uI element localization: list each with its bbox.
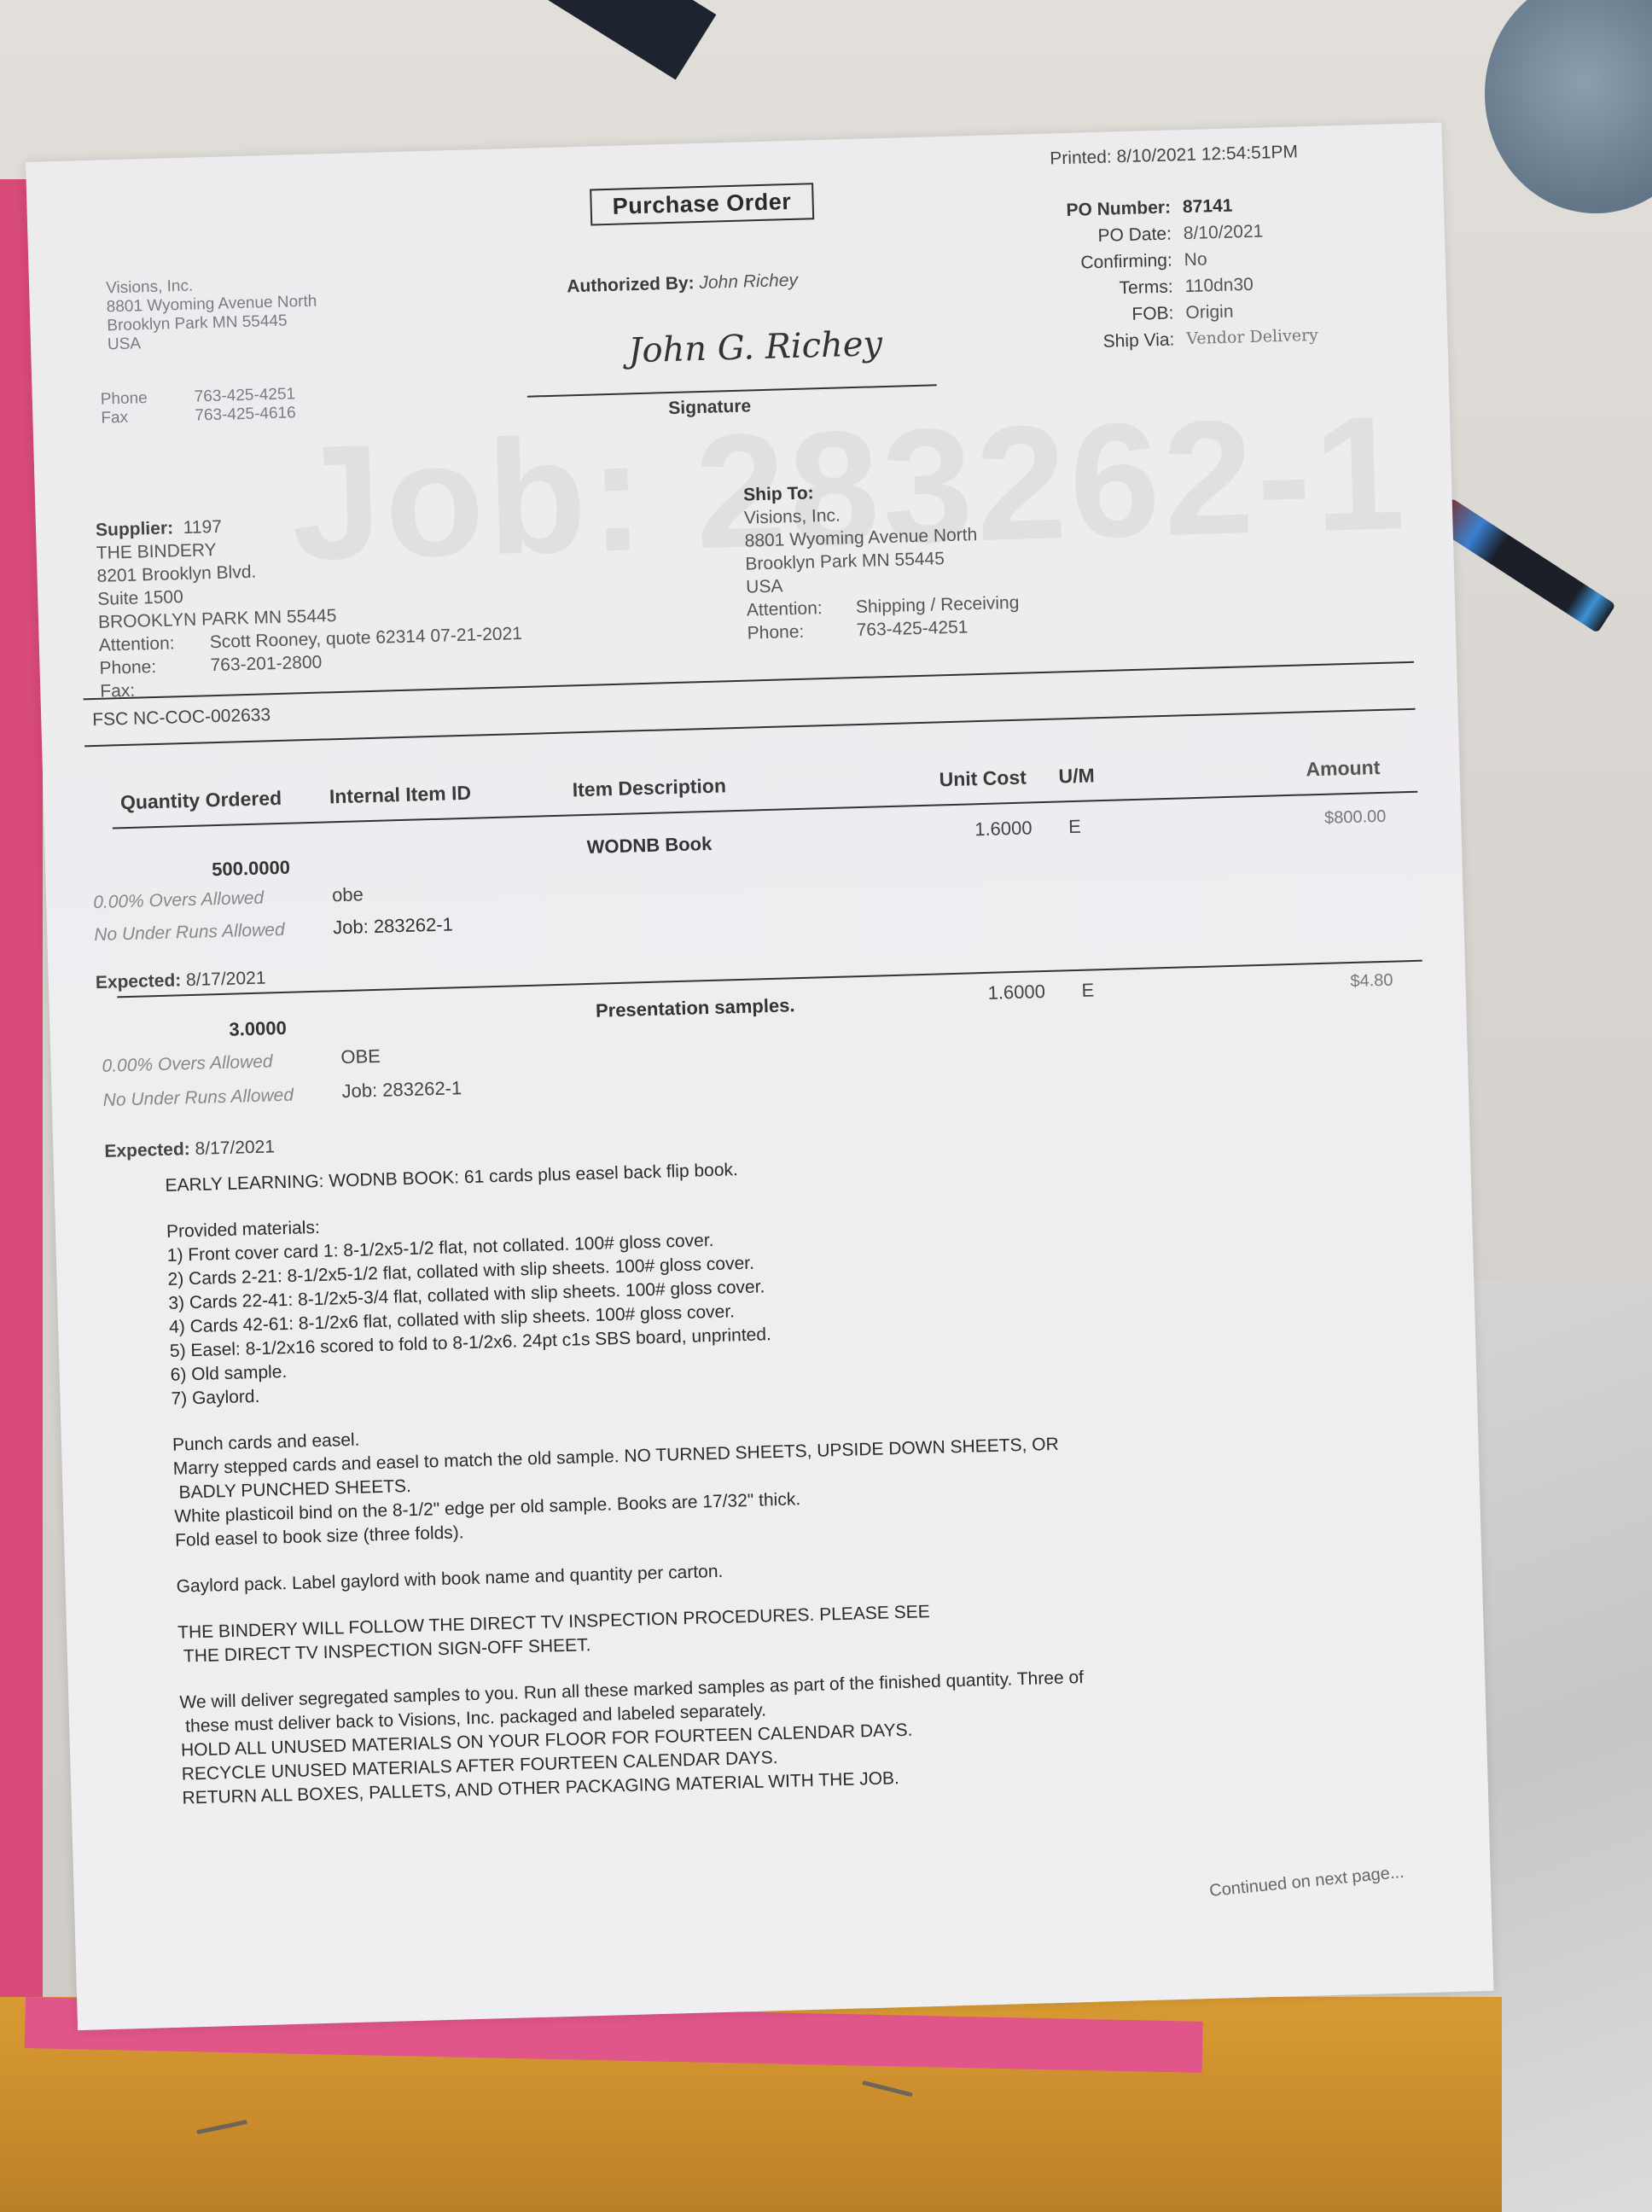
printed-timestamp: Printed: 8/10/2021 12:54:51PM <box>1050 142 1298 169</box>
ship-to-attention-label: Attention: <box>747 596 857 622</box>
internal-item-id: OBE <box>340 1045 381 1068</box>
column-header-amount: Amount <box>1306 756 1381 781</box>
purchase-order-page: Job: 283262-1 Visions, Inc. 8801 Wyoming… <box>26 123 1494 2030</box>
ship-to-attention: Shipping / Receiving <box>856 593 1020 617</box>
fsc-number: FSC NC-COC-002633 <box>92 705 270 731</box>
column-header-description: Item Description <box>572 774 726 801</box>
ship-via-label: Ship Via: <box>969 326 1187 358</box>
printed-value: 8/10/2021 12:54:51PM <box>1116 142 1298 166</box>
header-underline <box>113 791 1417 829</box>
item-description: Presentation samples. <box>596 994 795 1022</box>
expected-date: Expected: 8/17/2021 <box>104 1137 275 1162</box>
supplier-phone: 763-201-2800 <box>210 653 322 676</box>
expected-label: Expected: <box>104 1139 190 1161</box>
authorized-by-label: Authorized By: <box>567 273 695 296</box>
job-number-text: Job: 283262-1 <box>333 913 453 938</box>
buyer-phone: 763-425-4251 <box>194 385 295 405</box>
document-title: Purchase Order <box>590 183 814 225</box>
po-date-value: 8/10/2021 <box>1183 218 1263 247</box>
expected-date: Expected: 8/17/2021 <box>96 969 266 994</box>
printed-label: Printed: <box>1050 147 1112 168</box>
unit-cost: 1.6000 <box>987 981 1045 1004</box>
supplier-id: 1197 <box>183 517 222 538</box>
expected-value: 8/17/2021 <box>195 1137 275 1159</box>
buyer-fax-label: Fax <box>101 407 195 428</box>
amount: $800.00 <box>1324 807 1387 829</box>
column-header-quantity: Quantity Ordered <box>120 787 282 814</box>
job-number-text: Job: 283262-1 <box>341 1077 462 1102</box>
item-description: WODNB Book <box>586 833 712 859</box>
unit-cost: 1.6000 <box>974 817 1032 841</box>
overs-allowed: 0.00% Overs Allowed <box>102 1051 273 1077</box>
expected-label: Expected: <box>96 970 182 992</box>
divider-line <box>84 708 1415 748</box>
column-header-item-id: Internal Item ID <box>329 782 472 809</box>
job-number: Job: 283262-1 <box>341 1077 462 1103</box>
amount: $4.80 <box>1350 971 1393 992</box>
under-runs: No Under Runs Allowed <box>102 1086 294 1111</box>
expected-value: 8/17/2021 <box>186 969 266 991</box>
buyer-contact: Phone763-425-4251 Fax763-425-4616 <box>101 385 296 428</box>
ship-to-phone-label: Phone: <box>747 619 857 645</box>
continued-notice: Continued on next page... <box>1208 1863 1405 1901</box>
supplier-phone-label: Phone: <box>99 654 211 680</box>
supplier-attention-label: Attention: <box>98 631 210 657</box>
overs-allowed: 0.00% Overs Allowed <box>93 888 265 914</box>
buyer-address: Visions, Inc. 8801 Wyoming Avenue North … <box>106 274 318 355</box>
buyer-fax: 763-425-4616 <box>195 404 296 424</box>
job-number: Job: 283262-1 <box>333 913 453 939</box>
special-instructions: EARLY LEARNING: WODNB BOOK: 61 cards plu… <box>165 1149 1086 1810</box>
quantity-ordered: 3.0000 <box>229 1017 287 1041</box>
supplier-block: Supplier: 1197 THE BINDERY 8201 Brooklyn… <box>96 507 524 703</box>
supplier-label: Supplier: <box>96 518 174 540</box>
signature-handwriting: John G. Richey <box>628 324 883 370</box>
staple <box>196 2120 247 2134</box>
fob-value: Origin <box>1185 299 1234 327</box>
po-number-value: 87141 <box>1183 193 1233 221</box>
po-meta: PO Number:87141 PO Date:8/10/2021 Confir… <box>966 190 1319 358</box>
buyer-phone-label: Phone <box>101 388 195 410</box>
ship-to-block: Ship To: Visions, Inc. 8801 Wyoming Aven… <box>743 476 1021 645</box>
row-divider <box>117 960 1422 998</box>
signature-label: Signature <box>668 396 751 419</box>
confirming-value: No <box>1184 246 1207 273</box>
staple <box>862 2081 912 2097</box>
ship-via-value: Vendor Delivery <box>1186 323 1318 352</box>
authorized-by-name: John Richey <box>699 271 798 293</box>
authorized-by: Authorized By: John Richey <box>567 271 798 298</box>
internal-item-id: obe <box>332 883 364 906</box>
terms-value: 110dn30 <box>1184 271 1254 300</box>
ship-to-phone: 763-425-4251 <box>856 617 968 640</box>
column-header-um: U/M <box>1058 764 1095 788</box>
under-runs: No Under Runs Allowed <box>94 920 285 946</box>
quantity-ordered: 500.0000 <box>212 857 290 882</box>
unit-of-measure: E <box>1068 816 1081 838</box>
unit-of-measure: E <box>1081 979 1094 1001</box>
column-header-unit-cost: Unit Cost <box>939 766 1027 792</box>
